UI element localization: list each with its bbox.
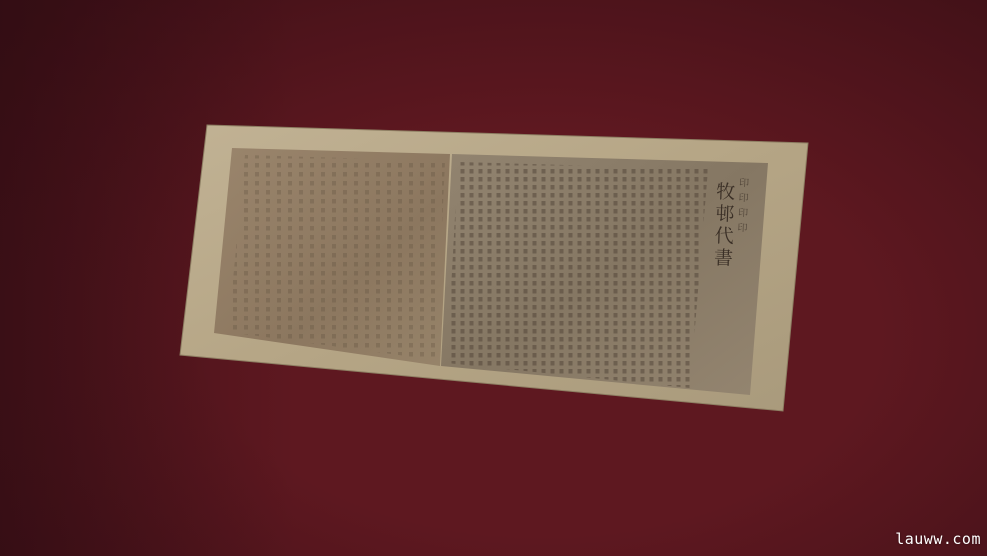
title-glyph: 邨 [715,203,735,226]
title-glyph: 書 [714,247,734,270]
watermark: lauww.com [895,530,981,548]
seal-mark: 印 [739,176,749,189]
title-glyph: 牧 [716,181,736,204]
seal-mark: 印 [737,221,747,234]
seal-mark: 印 [738,191,748,204]
right-panel-text [447,162,708,388]
left-panel-text [228,155,445,360]
seal-mark: 印 [738,206,748,219]
artifact-photo: 牧 邨 代 書 印 印 印 印 [0,0,987,556]
title-glyph: 代 [714,225,734,248]
title-column: 牧 邨 代 書 [714,181,736,270]
